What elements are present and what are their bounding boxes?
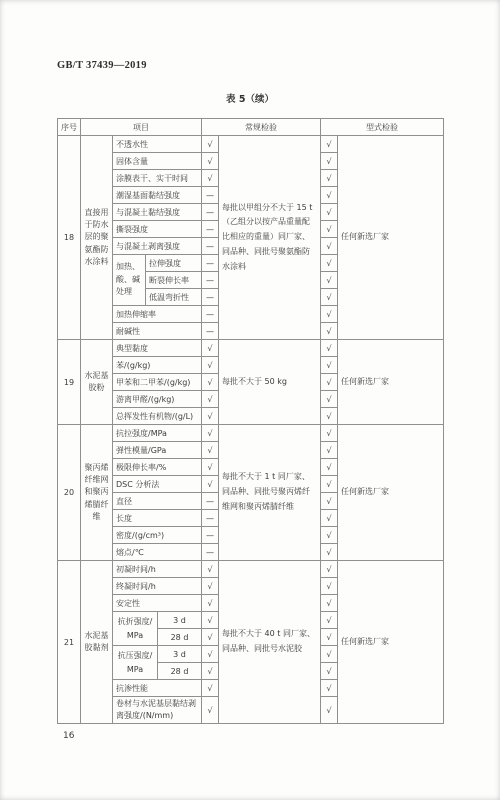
age-label-cell: 28 d [158,663,202,680]
category-cell: 水泥基胶粉 [81,340,113,425]
item-cell: 潮湿基面黏结强度 [113,187,202,204]
category-cell: 直接用于防水层的聚氨酯防水涂料 [81,136,113,340]
regular-check-cell: √ [202,391,219,408]
regular-check-cell: √ [202,153,219,170]
page-number: 16 [63,731,74,741]
item-cell: 熔点/℃ [113,544,202,561]
regular-check-cell: √ [202,578,219,595]
item-cell: 甲苯和二甲苯/(g/kg) [113,374,202,391]
table-row: 19 水泥基胶粉 典型黏度 √ 每批不大于 50 kg √ 任何新选厂家 [58,340,444,357]
seq-cell: 21 [58,561,81,724]
table-title: 表 5（续） [0,91,500,105]
regular-check-cell: √ [202,459,219,476]
regular-check-cell: √ [202,476,219,493]
item-cell: 抗渗性能 [113,680,202,697]
category-cell: 水泥基胶黏剂 [81,561,113,724]
regular-note-cell: 每批不大于 40 t 同厂家、同品种、同批号水泥胶 [219,561,321,724]
item-cell: 加热伸缩率 [113,306,202,323]
type-check-cell: √ [321,646,338,663]
regular-check-cell: √ [202,357,219,374]
table-row: 20 聚丙烯纤维网和聚丙烯腈纤维 抗拉强度/MPa √ 每批不大于 1 t 同厂… [58,425,444,442]
item-cell: 断裂伸长率 [146,272,202,289]
age-label-cell: 3 d [158,646,202,663]
type-check-cell: √ [321,221,338,238]
category-cell: 聚丙烯纤维网和聚丙烯腈纤维 [81,425,113,561]
regular-check-cell: √ [202,170,219,187]
type-check-cell: √ [321,476,338,493]
regular-check-cell: √ [202,561,219,578]
regular-check-cell: — [202,306,219,323]
item-cell: 拉伸强度 [146,255,202,272]
table-row: 21 水泥基胶黏剂 初凝时间/h √ 每批不大于 40 t 同厂家、同品种、同批… [58,561,444,578]
regular-check-cell: — [202,544,219,561]
item-cell: 苯/(g/kg) [113,357,202,374]
item-cell: 抗拉强度/MPa [113,425,202,442]
item-cell: 密度/(g/cm³) [113,527,202,544]
seq-cell: 19 [58,340,81,425]
regular-check-cell: √ [202,629,219,646]
regular-check-cell: √ [202,136,219,153]
regular-check-cell: √ [202,612,219,629]
age-label-cell: 28 d [158,629,202,646]
type-check-cell: √ [321,663,338,680]
regular-check-cell: √ [202,680,219,697]
regular-check-cell: — [202,187,219,204]
column-header-regular: 常规检验 [202,119,321,136]
type-check-cell: √ [321,323,338,340]
type-check-cell: √ [321,204,338,221]
seq-cell: 18 [58,136,81,340]
type-check-cell: √ [321,442,338,459]
sub-group-label: 抗压强度/ MPa [113,646,158,680]
item-cell: 终凝时间/h [113,578,202,595]
document-page: GB/T 37439—2019 表 5（续） 序号 项目 常规检验 型式检验 1… [0,0,500,800]
type-check-cell: √ [321,425,338,442]
inspection-table: 序号 项目 常规检验 型式检验 18 直接用于防水层的聚氨酯防水涂料 不透水性 … [57,118,444,724]
type-note-cell: 任何新选厂家 [338,425,444,561]
type-check-cell: √ [321,612,338,629]
table-row: 18 直接用于防水层的聚氨酯防水涂料 不透水性 √ 每批以甲组分不大于 15 t… [58,136,444,153]
type-check-cell: √ [321,493,338,510]
table-header-row: 序号 项目 常规检验 型式检验 [58,119,444,136]
type-check-cell: √ [321,391,338,408]
item-cell: 弹性模量/GPa [113,442,202,459]
type-check-cell: √ [321,459,338,476]
item-cell: 与混凝土黏结强度 [113,204,202,221]
type-check-cell: √ [321,136,338,153]
column-header-type: 型式检验 [321,119,444,136]
regular-check-cell: √ [202,340,219,357]
sub-group-label: 抗折强度/ MPa [113,612,158,646]
regular-check-cell: — [202,238,219,255]
type-check-cell: √ [321,170,338,187]
standard-number: GB/T 37439—2019 [57,60,147,71]
item-cell: 典型黏度 [113,340,202,357]
regular-check-cell: — [202,527,219,544]
regular-check-cell: — [202,510,219,527]
item-cell: 撕裂强度 [113,221,202,238]
regular-check-cell: — [202,289,219,306]
item-cell: 卷材与水泥基层黏结剥离强度/(N/mm) [113,697,202,724]
item-cell: 初凝时间/h [113,561,202,578]
type-check-cell: √ [321,595,338,612]
regular-check-cell: √ [202,663,219,680]
item-cell: 长度 [113,510,202,527]
item-cell: 耐碱性 [113,323,202,340]
item-cell: 与混凝土剥离强度 [113,238,202,255]
type-check-cell: √ [321,408,338,425]
item-cell: 总挥发性有机物/(g/L) [113,408,202,425]
type-check-cell: √ [321,357,338,374]
item-cell: 直径 [113,493,202,510]
type-check-cell: √ [321,255,338,272]
item-cell: 涂膜表干、实干时间 [113,170,202,187]
regular-check-cell: √ [202,697,219,724]
type-check-cell: √ [321,238,338,255]
type-check-cell: √ [321,578,338,595]
column-header-item: 项目 [81,119,202,136]
type-check-cell: √ [321,153,338,170]
type-check-cell: √ [321,697,338,724]
regular-note-cell: 每批不大于 1 t 同厂家、同品种、同批号聚丙烯纤维网和聚丙烯腈纤维 [219,425,321,561]
regular-check-cell: √ [202,425,219,442]
regular-note-cell: 每批不大于 50 kg [219,340,321,425]
regular-check-cell: — [202,221,219,238]
regular-check-cell: — [202,255,219,272]
item-cell: 不透水性 [113,136,202,153]
item-cell: 固体含量 [113,153,202,170]
type-check-cell: √ [321,340,338,357]
type-check-cell: √ [321,289,338,306]
type-check-cell: √ [321,272,338,289]
regular-check-cell: √ [202,442,219,459]
type-check-cell: √ [321,544,338,561]
seq-cell: 20 [58,425,81,561]
type-check-cell: √ [321,629,338,646]
type-note-cell: 任何新选厂家 [338,561,444,724]
sub-group-label: 加热、酸、碱处理 [113,255,146,306]
item-cell: 极限伸长率/% [113,459,202,476]
regular-check-cell: — [202,323,219,340]
regular-check-cell: — [202,204,219,221]
type-check-cell: √ [321,510,338,527]
regular-check-cell: √ [202,408,219,425]
type-check-cell: √ [321,306,338,323]
regular-note-cell: 每批以甲组分不大于 15 t（乙组分以按产品重量配比相应的重量）同厂家、同品种、… [219,136,321,340]
type-check-cell: √ [321,187,338,204]
regular-check-cell: √ [202,595,219,612]
item-cell: 低温弯折性 [146,289,202,306]
regular-check-cell: √ [202,646,219,663]
regular-check-cell: — [202,493,219,510]
column-header-seq: 序号 [58,119,81,136]
item-cell: 安定性 [113,595,202,612]
type-note-cell: 任何新选厂家 [338,136,444,340]
regular-check-cell: √ [202,374,219,391]
item-cell: 游离甲醛/(g/kg) [113,391,202,408]
type-check-cell: √ [321,527,338,544]
type-check-cell: √ [321,374,338,391]
type-check-cell: √ [321,680,338,697]
age-label-cell: 3 d [158,612,202,629]
regular-check-cell: — [202,272,219,289]
type-check-cell: √ [321,561,338,578]
type-note-cell: 任何新选厂家 [338,340,444,425]
item-cell: DSC 分析法 [113,476,202,493]
